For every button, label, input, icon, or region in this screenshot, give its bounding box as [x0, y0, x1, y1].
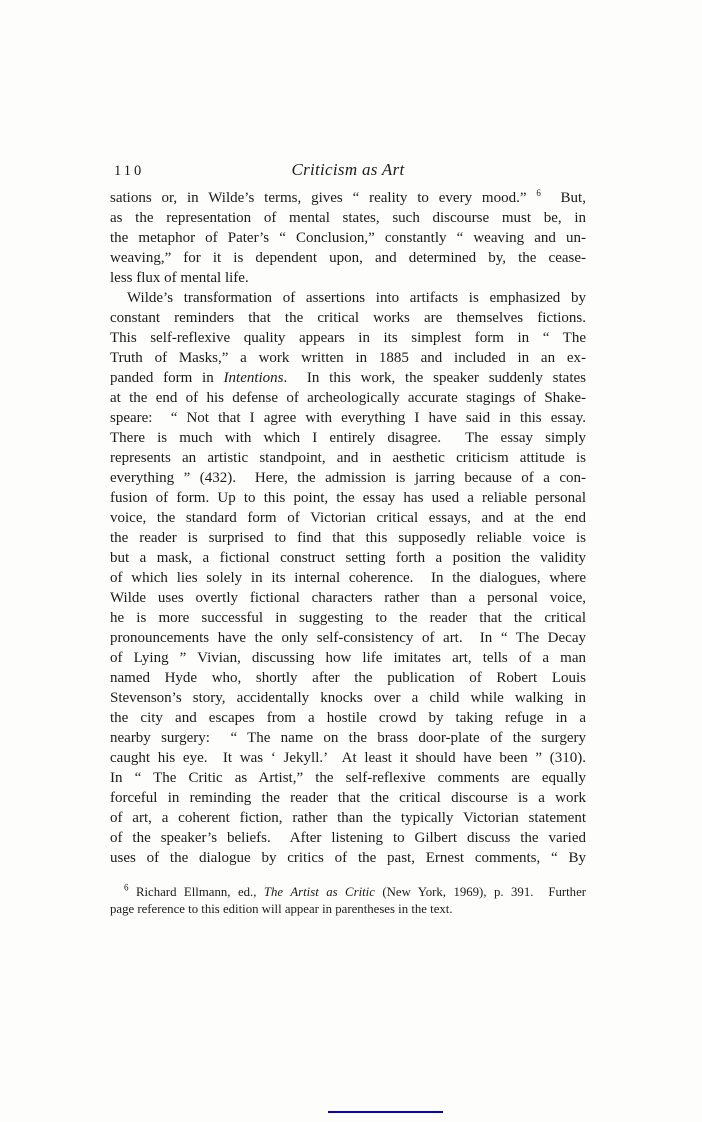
body-text: sations or, in Wilde’s terms, gives “ re…: [110, 188, 586, 868]
body-text-line: Wilde uses overtly fictional characters …: [110, 588, 586, 608]
body-text-line: less flux of mental life.: [110, 268, 586, 288]
body-text-line: Stevenson’s story, accidentally knocks o…: [110, 688, 586, 708]
body-text-line: as the representation of mental states, …: [110, 208, 586, 228]
body-text-line: sations or, in Wilde’s terms, gives “ re…: [110, 188, 586, 208]
footnote-line: page reference to this edition will appe…: [110, 901, 586, 918]
body-text-line: the metaphor of Pater’s “ Conclusion,” c…: [110, 228, 586, 248]
footnote: 6 Richard Ellmann, ed., The Artist as Cr…: [110, 884, 586, 918]
body-text-line: voice, the standard form of Victorian cr…: [110, 508, 586, 528]
body-text-line: of Lying ” Vivian, discussing how life i…: [110, 648, 586, 668]
body-text-line: weaving,” for it is dependent upon, and …: [110, 248, 586, 268]
body-text-line: In “ The Critic as Artist,” the self-ref…: [110, 768, 586, 788]
body-text-line: Truth of Masks,” a work written in 1885 …: [110, 348, 586, 368]
body-text-line: caught his eye. It was ‘ Jekyll.’ At lea…: [110, 748, 586, 768]
body-text-line: There is much with which I entirely disa…: [110, 428, 586, 448]
body-text-line: but a mask, a fictional construct settin…: [110, 548, 586, 568]
body-text-line: speare: “ Not that I agree with everythi…: [110, 408, 586, 428]
body-text-line: pronouncements have the only self-consis…: [110, 628, 586, 648]
body-text-line: panded form in Intentions. In this work,…: [110, 368, 586, 388]
body-text-line: This self-reflexive quality appears in i…: [110, 328, 586, 348]
body-text-line: nearby surgery: “ The name on the brass …: [110, 728, 586, 748]
body-text-line: fusion of form. Up to this point, the es…: [110, 488, 586, 508]
body-text-line: of which lies solely in its internal coh…: [110, 568, 586, 588]
body-text-line: he is more successful in suggesting to t…: [110, 608, 586, 628]
footnote-line: 6 Richard Ellmann, ed., The Artist as Cr…: [110, 884, 586, 901]
body-text-line: the city and escapes from a hostile crow…: [110, 708, 586, 728]
body-text-line: uses of the dialogue by critics of the p…: [110, 848, 586, 868]
body-text-line: forceful in reminding the reader that th…: [110, 788, 586, 808]
running-head-title: Criticism as Art: [110, 160, 586, 180]
bottom-divider-line: [328, 1111, 443, 1113]
running-header: 110 Criticism as Art: [110, 160, 586, 182]
body-text-line: everything ” (432). Here, the admission …: [110, 468, 586, 488]
body-text-line: named Hyde who, shortly after the public…: [110, 668, 586, 688]
body-text-line: Wilde’s transformation of assertions int…: [110, 288, 586, 308]
body-text-line: of the speaker’s beliefs. After listenin…: [110, 828, 586, 848]
body-text-line: at the end of his defense of archeologic…: [110, 388, 586, 408]
body-text-line: of art, a coherent fiction, rather than …: [110, 808, 586, 828]
body-text-line: the reader is surprised to find that thi…: [110, 528, 586, 548]
body-text-line: represents an artistic standpoint, and i…: [110, 448, 586, 468]
body-text-line: constant reminders that the critical wor…: [110, 308, 586, 328]
book-page: 110 Criticism as Art sations or, in Wild…: [0, 0, 702, 1122]
